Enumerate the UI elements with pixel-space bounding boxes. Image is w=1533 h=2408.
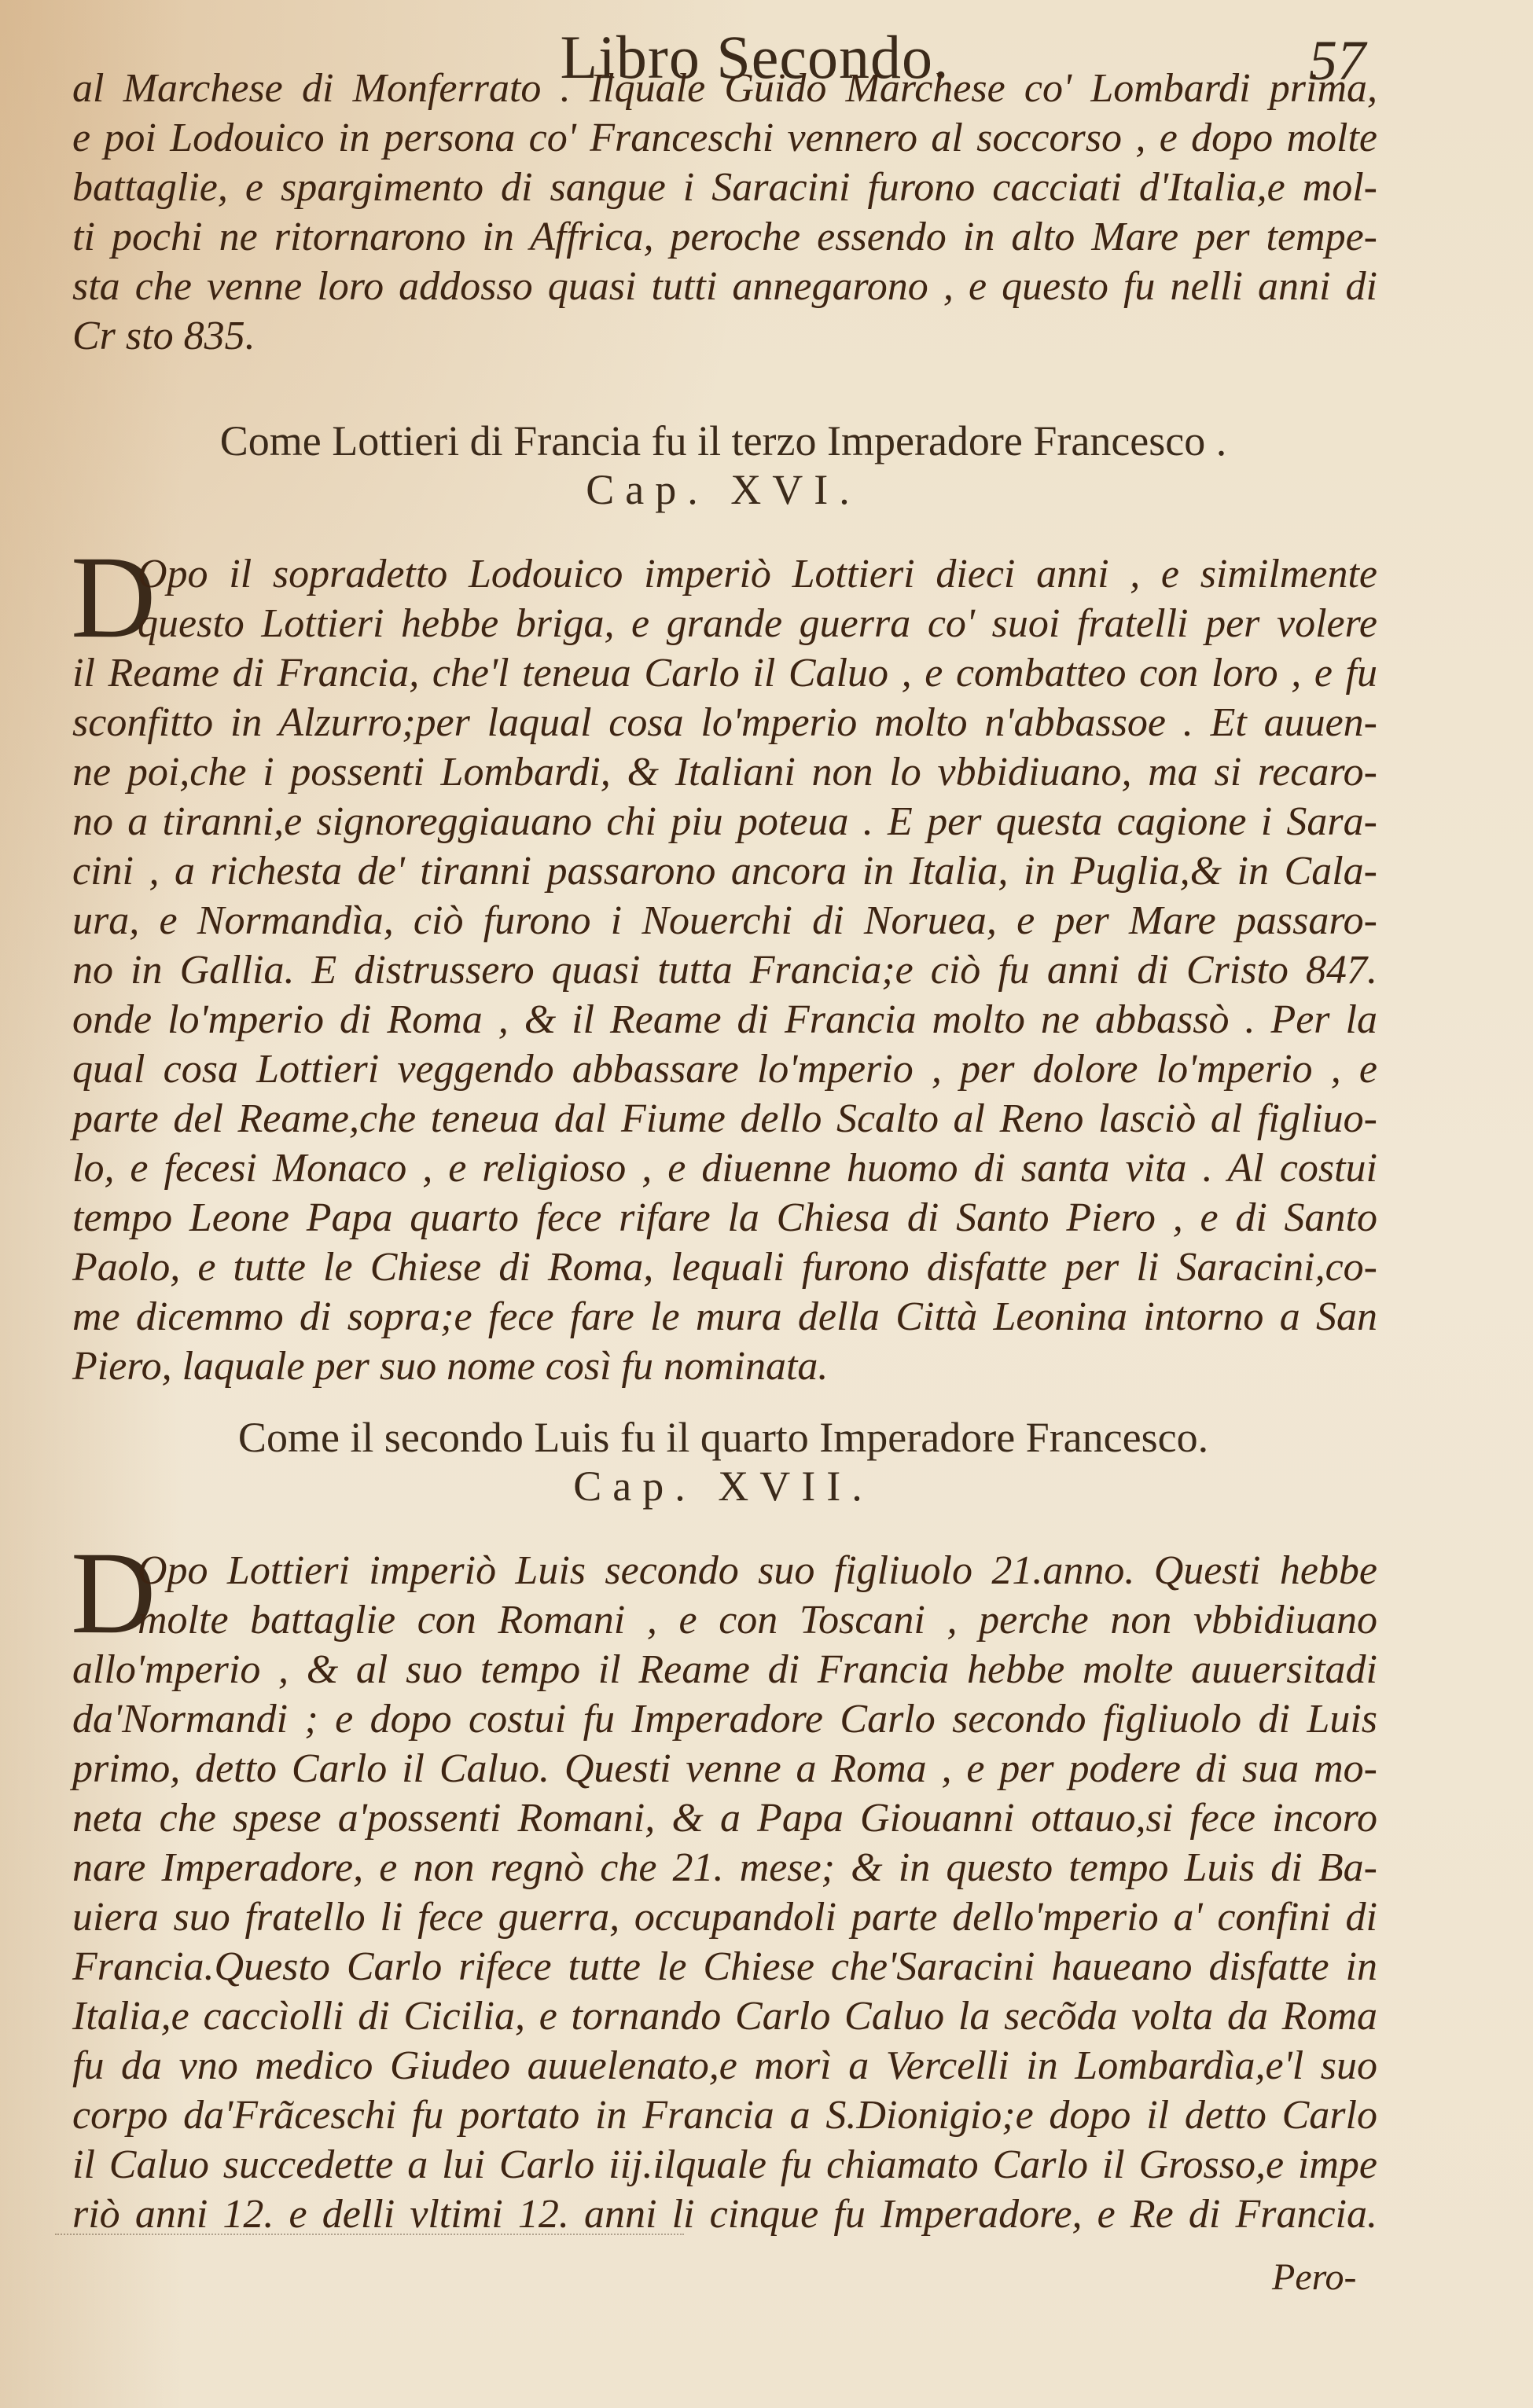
chapter-title: Come il secondo Luis fu il quarto Impera…: [71, 1413, 1376, 1462]
text-line: tempo Leone Papa quarto fece rifare la C…: [72, 1194, 1377, 1243]
book-page: Libro Secondo. 57 al Marchese di Monferr…: [0, 0, 1533, 2408]
chapter-title: Come Lottieri di Francia fu il terzo Imp…: [71, 417, 1376, 465]
text-line: Paolo, e tutte le Chiese di Roma, lequal…: [72, 1243, 1377, 1292]
text-line: allo'mperio , & al suo tempo il Reame di…: [72, 1646, 1377, 1694]
text-line: qual cosa Lottieri veggendo abbassare lo…: [72, 1045, 1377, 1094]
divider: [55, 2234, 684, 2235]
text-line: fu da vno medico Giudeo auuelenato,e mor…: [72, 2042, 1377, 2090]
text-line: Piero, laquale per suo nome così fu nomi…: [72, 1342, 1377, 1391]
text-line: Italia,e caccìolli di Cicilia, e tornand…: [72, 1992, 1377, 2041]
text-line: uiera suo fratello li fece guerra, occup…: [72, 1893, 1377, 1942]
text-line: onde lo'mperio di Roma , & il Reame di F…: [72, 996, 1377, 1044]
text-line: e poi Lodouico in persona co' Franceschi…: [72, 114, 1377, 163]
text-line: parte del Reame,che teneua dal Fiume del…: [72, 1095, 1377, 1143]
text-line: ne poi,che i possenti Lombardi, & Italia…: [72, 748, 1377, 797]
text-line: Opo Lottieri imperiò Luis secondo suo fi…: [138, 1547, 1377, 1595]
text-line: neta che spese a'possenti Romani, & a Pa…: [72, 1794, 1377, 1843]
text-line: sconfitto in Alzurro;per laqual cosa lo'…: [72, 699, 1377, 747]
text-line: Cr sto 835.: [72, 312, 1377, 361]
text-line: ti pochi ne ritornarono in Affrica, pero…: [72, 213, 1377, 262]
text-line: Francia.Questo Carlo rifece tutte le Chi…: [72, 1943, 1377, 1991]
text-line: riò anni 12. e delli vltimi 12. anni li …: [72, 2190, 1377, 2239]
text-line: molte battaglie con Romani , e con Tosca…: [138, 1596, 1377, 1645]
text-line: il Reame di Francia, che'l teneua Carlo …: [72, 649, 1377, 698]
text-line: no a tiranni,e signoreggiauano chi piu p…: [72, 798, 1377, 846]
text-line: lo, e fecesi Monaco , e religioso , e di…: [72, 1144, 1377, 1193]
text-line: primo, detto Carlo il Caluo. Questi venn…: [72, 1745, 1377, 1793]
text-line: sta che venne loro addosso quasi tutti a…: [72, 262, 1377, 311]
text-line: corpo da'Frãceschi fu portato in Francia…: [72, 2091, 1377, 2140]
text-line: cini , a richesta de' tiranni passarono …: [72, 847, 1377, 896]
text-line: il Caluo succedette a lui Carlo iij.ilqu…: [72, 2141, 1377, 2190]
text-line: battaglie, e spargimento di sangue i Sar…: [72, 163, 1377, 212]
text-line: nare Imperadore, e non regnò che 21. mes…: [72, 1844, 1377, 1892]
text-line: questo Lottieri hebbe briga, e grande gu…: [138, 600, 1377, 648]
text-line: Opo il sopradetto Lodouico imperiò Lotti…: [138, 550, 1377, 599]
chapter-number: Cap. XVII.: [71, 1462, 1376, 1511]
text-line: ura, e Normandìa, ciò furono i Nouerchi …: [72, 897, 1377, 945]
text-line: da'Normandi ; e dopo costui fu Imperador…: [72, 1695, 1377, 1744]
chapter-number: Cap. XVI.: [71, 465, 1376, 514]
text-line: me dicemmo di sopra;e fece fare le mura …: [72, 1293, 1377, 1342]
text-line: al Marchese di Monferrato . Ilquale Guid…: [72, 64, 1377, 113]
catchword: Pero-: [1272, 2256, 1357, 2299]
text-line: no in Gallia. E distrussero quasi tutta …: [72, 946, 1377, 995]
